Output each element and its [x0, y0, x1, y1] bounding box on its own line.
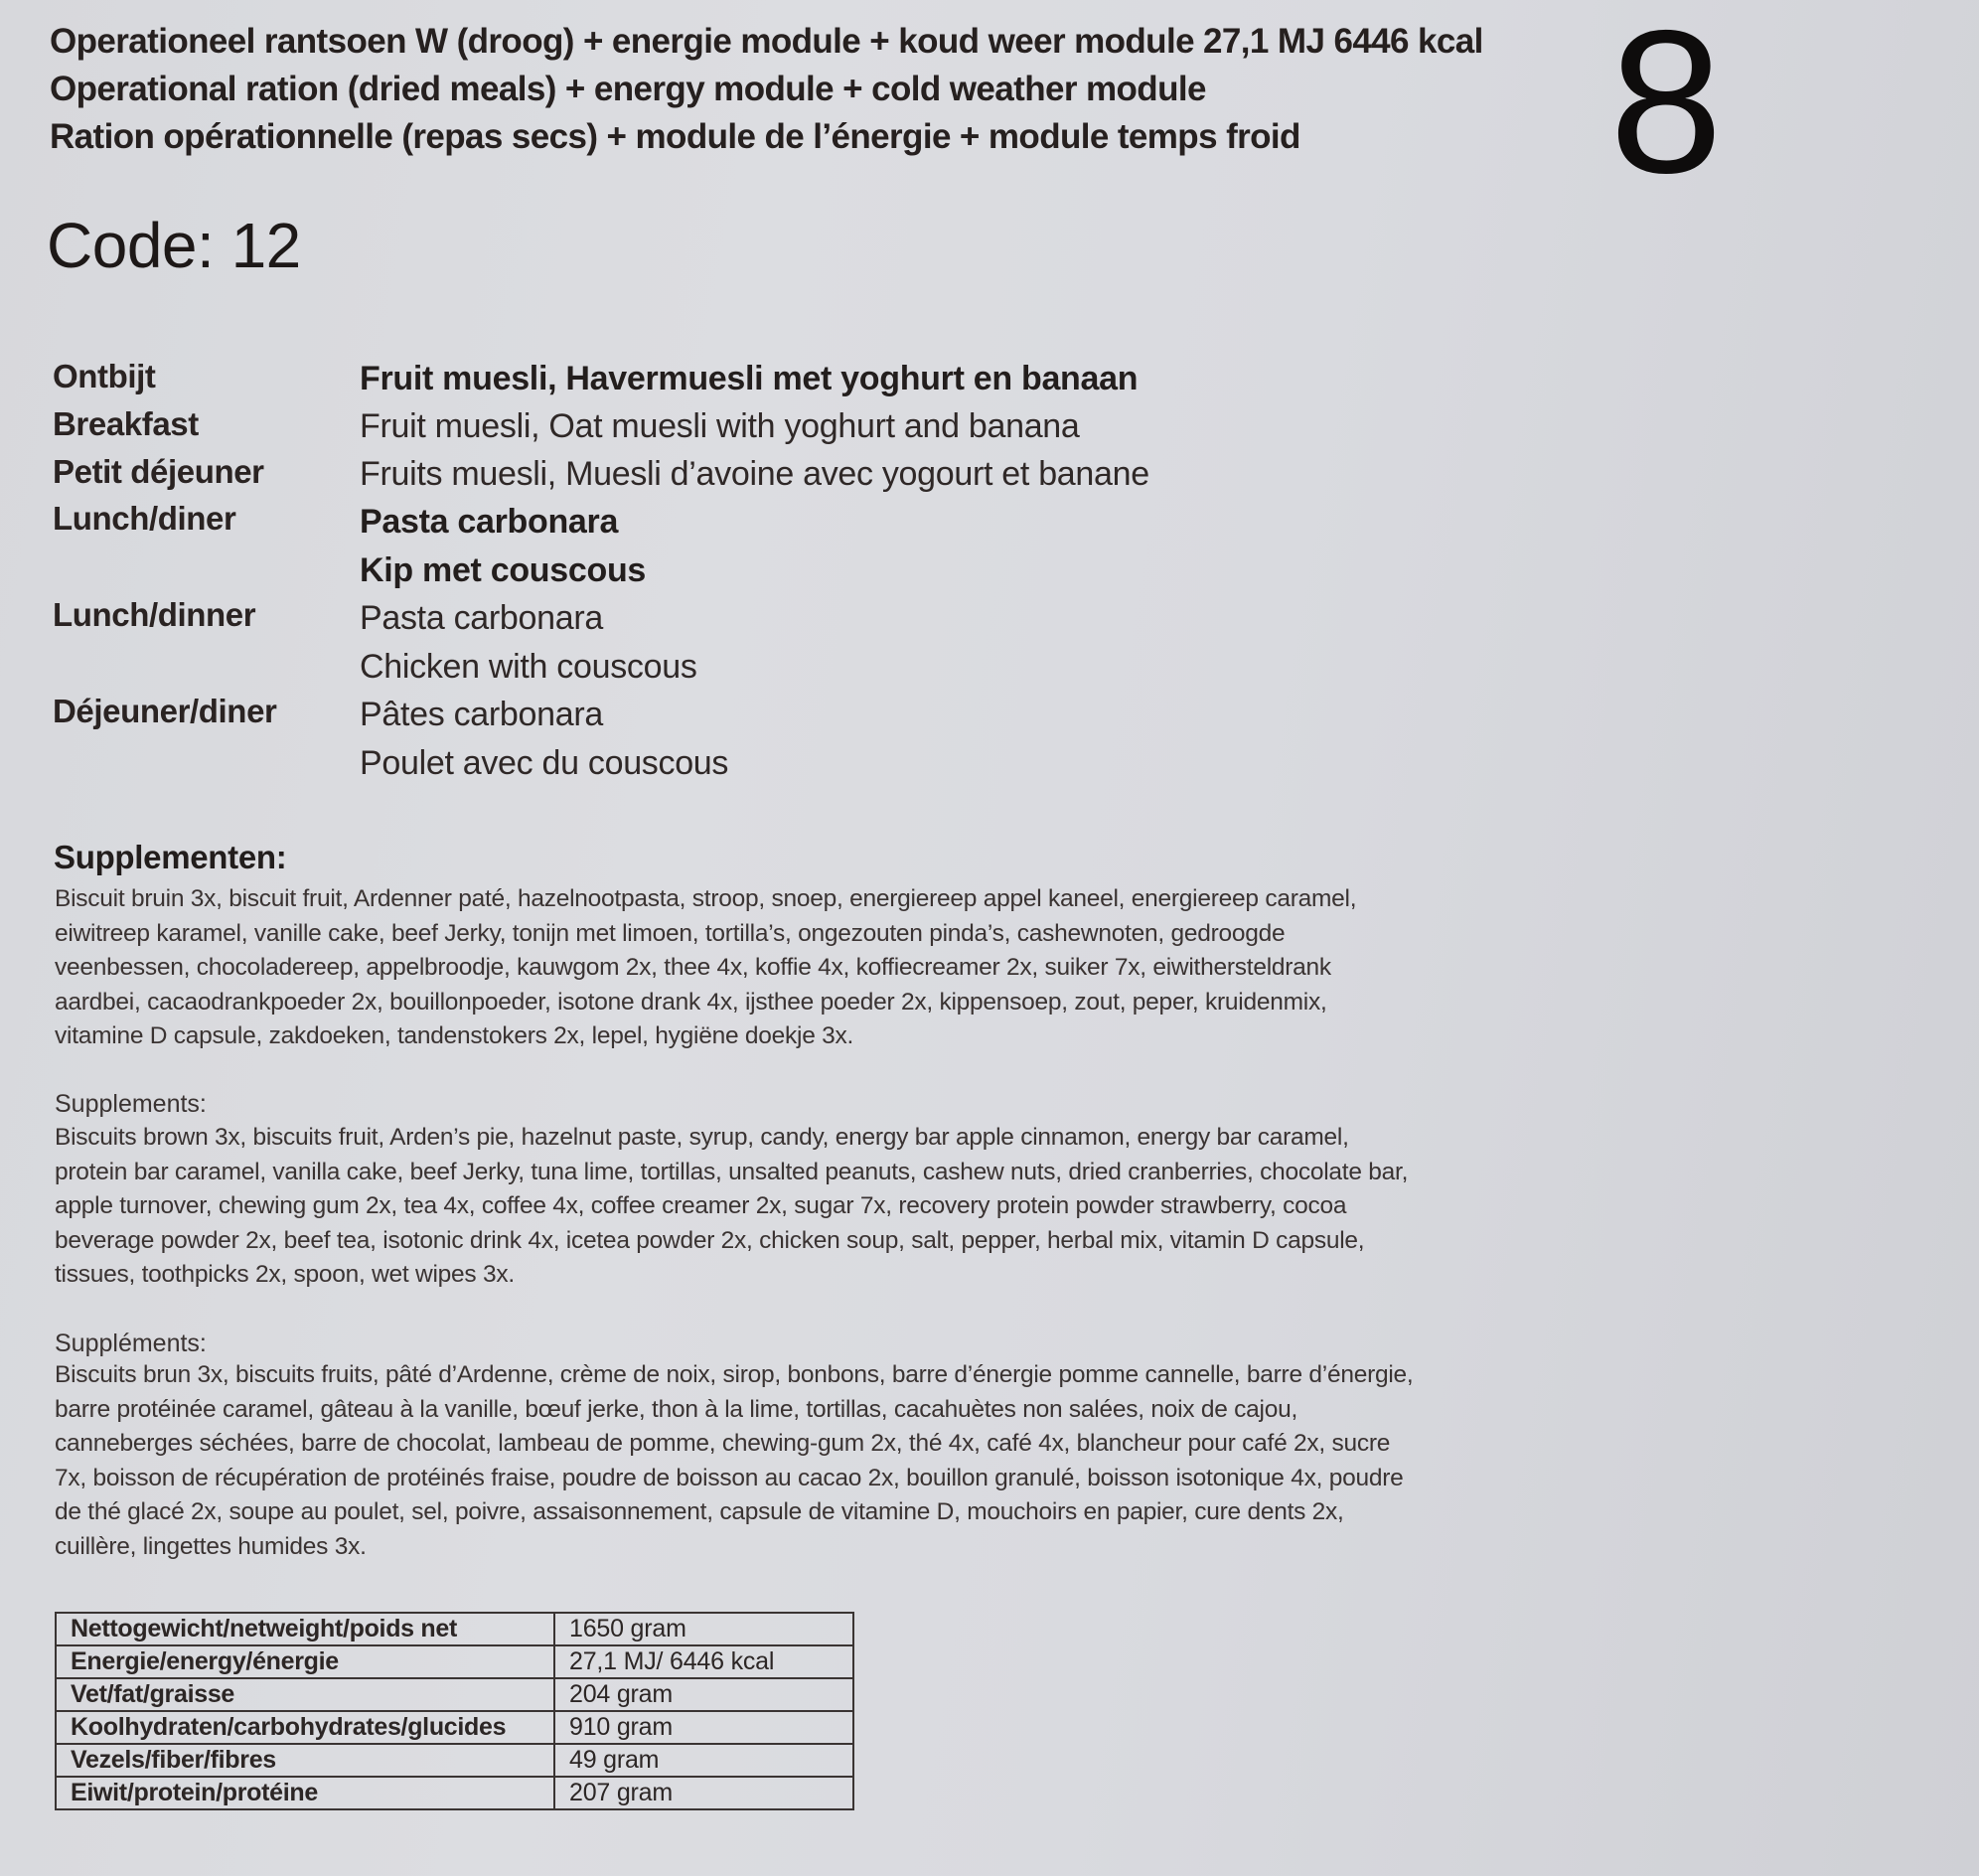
supplements-text-fr: Biscuits brun 3x, biscuits fruits, pâté … — [55, 1358, 1416, 1565]
nutrition-label: Nettogewicht/netweight/poids net — [56, 1613, 554, 1645]
nutrition-value: 27,1 MJ/ 6446 kcal — [554, 1645, 853, 1678]
breakfast-items-en: Fruit muesli, Oat muesli with yoghurt an… — [360, 407, 1080, 446]
nutrition-label: Koolhydraten/carbohydrates/glucides — [56, 1711, 554, 1744]
nutrition-label: Energie/energy/énergie — [56, 1645, 554, 1678]
title-french: Ration opérationnelle (repas secs) + mod… — [50, 117, 1300, 157]
nutrition-row: Energie/energy/énergie27,1 MJ/ 6446 kcal — [56, 1645, 853, 1678]
lunch-item-en-1: Pasta carbonara — [360, 599, 603, 638]
breakfast-items-fr: Fruits muesli, Muesli d’avoine avec yogo… — [360, 455, 1149, 494]
lunch-label-en: Lunch/dinner — [53, 596, 255, 634]
breakfast-label-en: Breakfast — [53, 405, 199, 443]
supplements-text-en: Biscuits brown 3x, biscuits fruit, Arden… — [55, 1121, 1416, 1293]
nutrition-row: Vezels/fiber/fibres49 gram — [56, 1744, 853, 1777]
lunch-item-fr-1: Pâtes carbonara — [360, 696, 603, 734]
nutrition-value: 207 gram — [554, 1777, 853, 1809]
title-english: Operational ration (dried meals) + energ… — [50, 70, 1206, 109]
nutrition-row: Nettogewicht/netweight/poids net1650 gra… — [56, 1613, 853, 1645]
title-dutch: Operationeel rantsoen W (droog) + energi… — [50, 22, 1483, 62]
nutrition-value: 49 gram — [554, 1744, 853, 1777]
menu-number: 8 — [1609, 0, 1723, 204]
supplements-text-nl: Biscuit bruin 3x, biscuit fruit, Ardenne… — [55, 882, 1416, 1054]
nutrition-row: Eiwit/protein/protéine207 gram — [56, 1777, 853, 1809]
supplements-heading-fr: Suppléments: — [55, 1329, 207, 1358]
nutrition-label: Eiwit/protein/protéine — [56, 1777, 554, 1809]
supplements-heading-en: Supplements: — [55, 1090, 207, 1119]
lunch-item-en-2: Chicken with couscous — [360, 648, 697, 687]
lunch-item-nl-1: Pasta carbonara — [360, 503, 618, 542]
breakfast-label-fr: Petit déjeuner — [53, 453, 264, 491]
nutrition-row: Vet/fat/graisse204 gram — [56, 1678, 853, 1711]
breakfast-label-nl: Ontbijt — [53, 358, 156, 395]
lunch-item-nl-2: Kip met couscous — [360, 551, 646, 590]
nutrition-table: Nettogewicht/netweight/poids net1650 gra… — [55, 1612, 854, 1810]
lunch-label-fr: Déjeuner/diner — [53, 693, 276, 730]
ration-code: Code: 12 — [47, 209, 301, 282]
lunch-label-nl: Lunch/diner — [53, 500, 235, 538]
nutrition-row: Koolhydraten/carbohydrates/glucides910 g… — [56, 1711, 853, 1744]
breakfast-items-nl: Fruit muesli, Havermuesli met yoghurt en… — [360, 360, 1138, 398]
supplements-heading-nl: Supplementen: — [54, 839, 286, 876]
nutrition-value: 204 gram — [554, 1678, 853, 1711]
nutrition-value: 1650 gram — [554, 1613, 853, 1645]
nutrition-label: Vet/fat/graisse — [56, 1678, 554, 1711]
nutrition-value: 910 gram — [554, 1711, 853, 1744]
nutrition-label: Vezels/fiber/fibres — [56, 1744, 554, 1777]
lunch-item-fr-2: Poulet avec du couscous — [360, 744, 728, 783]
